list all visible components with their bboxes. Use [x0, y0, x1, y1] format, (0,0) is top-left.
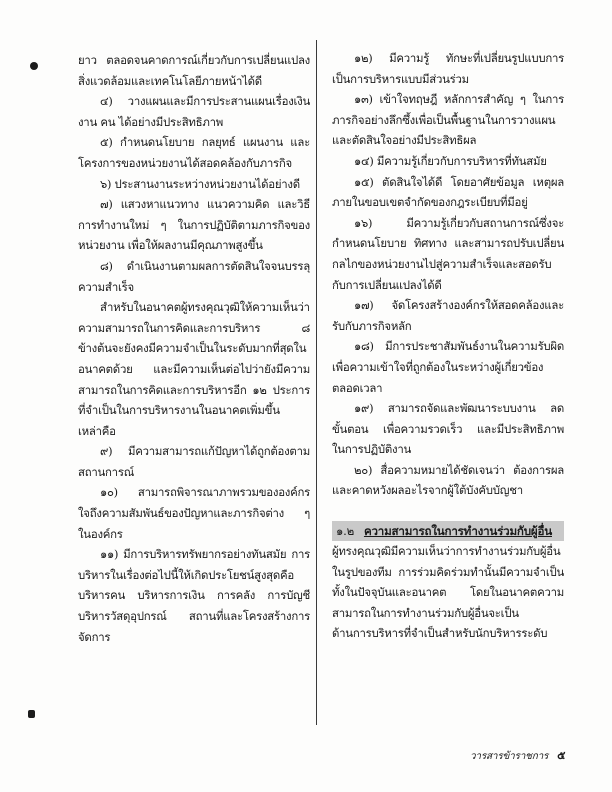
left-column: ยาว ตลอดจนคาดการณ์เกี่ยวกับการเปลี่ยนแปล… [78, 50, 310, 647]
section-heading: ๑.๒ ความสามารถในการทำงานร่วมกับผู้อื่น [332, 521, 564, 541]
text-line: ในการปฏิบัติงาน [332, 439, 564, 460]
publication-name: วารสารข้าราชการ [470, 751, 548, 762]
text-line: ตลอดเวลา [332, 378, 564, 399]
text-line: หน่วยงาน เพื่อให้ผลงานมีคุณภาพสูงขึ้น [78, 235, 310, 256]
column-divider [316, 40, 317, 725]
text-line: ภายในขอบเขตจำกัดของกฎระเบียบที่มีอยู่ [332, 192, 564, 213]
text-line: สิ่งแวดล้อมและเทคโนโลยีภายหน้าได้ดี [78, 71, 310, 92]
text-line: จัดการ [78, 627, 310, 648]
text-line: ๑๗) จัดโครงสร้างองค์กรให้สอดคล้องและสอด [332, 295, 564, 316]
text-line: ใจถึงความสัมพันธ์ของปัญหาและภารกิจต่าง ๆ [78, 503, 310, 524]
punch-hole-bottom [28, 710, 35, 718]
text-line: ๑๘) มีการประชาสัมพันธ์งานในความรับผิดชอบ [332, 336, 564, 357]
text-line: สามารถในการคิดและการบริหารอีก ๑๒ ประการ [78, 380, 310, 401]
text-line: สำหรับในอนาคตผู้ทรงคุณวุฒิให้ความเห็นว่า [78, 297, 310, 318]
text-line: ความสามารถในการคิดและการบริหาร ๘ ประการ [78, 318, 310, 339]
text-line: ๘) ดำเนินงานตามผลการตัดสินใจจนบรรลุ [78, 256, 310, 277]
text-line: ๕) กำหนดนโยบาย กลยุทธ์ แผนงาน และ [78, 132, 310, 153]
text-line: อนาคตด้วย และมีความเห็นต่อไปว่ายังมีความ [78, 359, 310, 380]
text-line: กำหนดนโยบาย ทิศทาง และสามารถปรับเปลี่ยน [332, 233, 564, 254]
right-column: ๑๒) มีความรู้ ทักษะที่เปลี่ยนรูปแบบการบร… [332, 48, 564, 644]
text-line: ๔) วางแผนและมีการประสานแผนเรื่องเงิน [78, 91, 310, 112]
text-line: รับกับภารกิจหลัก [332, 316, 564, 337]
text-line: การทำงานใหม่ ๆ ในการปฏิบัติตามภารกิจของ [78, 215, 310, 236]
text-line: ทั้งในปัจจุบันและอนาคต โดยในอนาคตความ [332, 582, 564, 603]
text-line: งาน คน ได้อย่างมีประสิทธิภาพ [78, 112, 310, 133]
text-line: ยาว ตลอดจนคาดการณ์เกี่ยวกับการเปลี่ยนแปล… [78, 50, 310, 71]
text-line: ๖) ประสานงานระหว่างหน่วยงานได้อย่างดี [78, 174, 310, 195]
text-line: และคาดหวังผลอะไรจากผู้ใต้บังคับบัญชา [332, 480, 564, 501]
text-line: ผู้ทรงคุณวุฒิมีความเห็นว่าการทำงานร่วมกั… [332, 541, 564, 562]
text-line: ๑๒) มีความรู้ ทักษะที่เปลี่ยนรูปแบบการบร… [332, 48, 564, 69]
text-line: เป็นการบริหารแบบมีส่วนร่วม [332, 69, 564, 90]
text-line: ที่จำเป็นในการบริหารงานในอนาคตเพิ่มขึ้น [78, 400, 310, 421]
right-column-list: ๑๒) มีความรู้ ทักษะที่เปลี่ยนรูปแบบการบร… [332, 48, 564, 501]
spacer [332, 501, 564, 519]
text-line: ๒๐) สื่อความหมายได้ชัดเจนว่า ต้องการผลอะ… [332, 460, 564, 481]
text-line: ๑๙) สามารถจัดและพัฒนาระบบงาน ลด [332, 398, 564, 419]
page-footer: วารสารข้าราชการ ๕ [470, 746, 565, 764]
text-line: กลไกของหน่วยงานไปสู่ความสำเร็จและสอดรับ [332, 254, 564, 275]
text-line: ๑๕) ตัดสินใจได้ดี โดยอาศัยข้อมูล เหตุผล [332, 172, 564, 193]
text-line: ความสำเร็จ [78, 277, 310, 298]
text-line: สามารถในการทำงานร่วมกับผู้อื่นจะเป็นสมรร… [332, 603, 564, 624]
text-line: บริหารในเรื่องต่อไปนี้ให้เกิดประโยชน์สูง… [78, 565, 310, 586]
section-title: ความสามารถในการทำงานร่วมกับผู้อื่น [364, 524, 552, 538]
text-line: กับการเปลี่ยนแปลงได้ดี [332, 275, 564, 296]
page-number: ๕ [557, 749, 565, 762]
text-line: บริหารคน บริหารการเงิน การคลัง การบัญชี [78, 585, 310, 606]
text-line: ๑๐) สามารถพิจารณาภาพรวมขององค์กร เข้า [78, 482, 310, 503]
text-line: และตัดสินใจอย่างมีประสิทธิผล [332, 130, 564, 151]
text-line: ๑๔) มีความรู้เกี่ยวกับการบริหารที่ทันสมั… [332, 151, 564, 172]
text-line: เหล่าคือ [78, 421, 310, 442]
text-line: ด้านการบริหารที่จำเป็นสำหรับนักบริหารระด… [332, 623, 564, 644]
text-line: ในรูปของทีม การร่วมคิดร่วมทำนั้นมีความจำ… [332, 562, 564, 583]
text-line: ข้างต้นจะยังคงมีความจำเป็นในระดับมากที่ส… [78, 338, 310, 359]
text-line: เพื่อความเข้าใจที่ถูกต้องในระหว่างผู้เกี… [332, 357, 564, 378]
text-line: ๑๖) มีความรู้เกี่ยวกับสถานการณ์ซึ่งจะสาม… [332, 213, 564, 234]
text-line: โครงการของหน่วยงานได้สอดคล้องกับภารกิจหล… [78, 153, 310, 174]
text-line: ๑๑) มีการบริหารทรัพยากรอย่างทันสมัย การ [78, 544, 310, 565]
text-line: ๙) มีความสามารถแก้ปัญหาได้ถูกต้องตาม [78, 441, 310, 462]
text-line: ภารกิจอย่างลึกซึ้งเพื่อเป็นพื้นฐานในการว… [332, 110, 564, 131]
text-line: ๑๓) เข้าใจทฤษฎี หลักการสำคัญ ๆ ในการปฏิบ… [332, 89, 564, 110]
text-line: ขั้นตอน เพื่อความรวดเร็ว และมีประสิทธิภา… [332, 419, 564, 440]
section-body: ผู้ทรงคุณวุฒิมีความเห็นว่าการทำงานร่วมกั… [332, 541, 564, 644]
text-line: ๗) แสวงหาแนวทาง แนวความคิด และวิธี [78, 194, 310, 215]
text-line: ในองค์กร [78, 524, 310, 545]
scanned-page: ยาว ตลอดจนคาดการณ์เกี่ยวกับการเปลี่ยนแปล… [0, 0, 612, 792]
text-line: บริหารวัสดุอุปกรณ์ สถานที่และโครงสร้างกา… [78, 606, 310, 627]
text-line: สถานการณ์ [78, 462, 310, 483]
punch-hole-top [30, 62, 38, 70]
section-number: ๑.๒ [336, 524, 354, 538]
